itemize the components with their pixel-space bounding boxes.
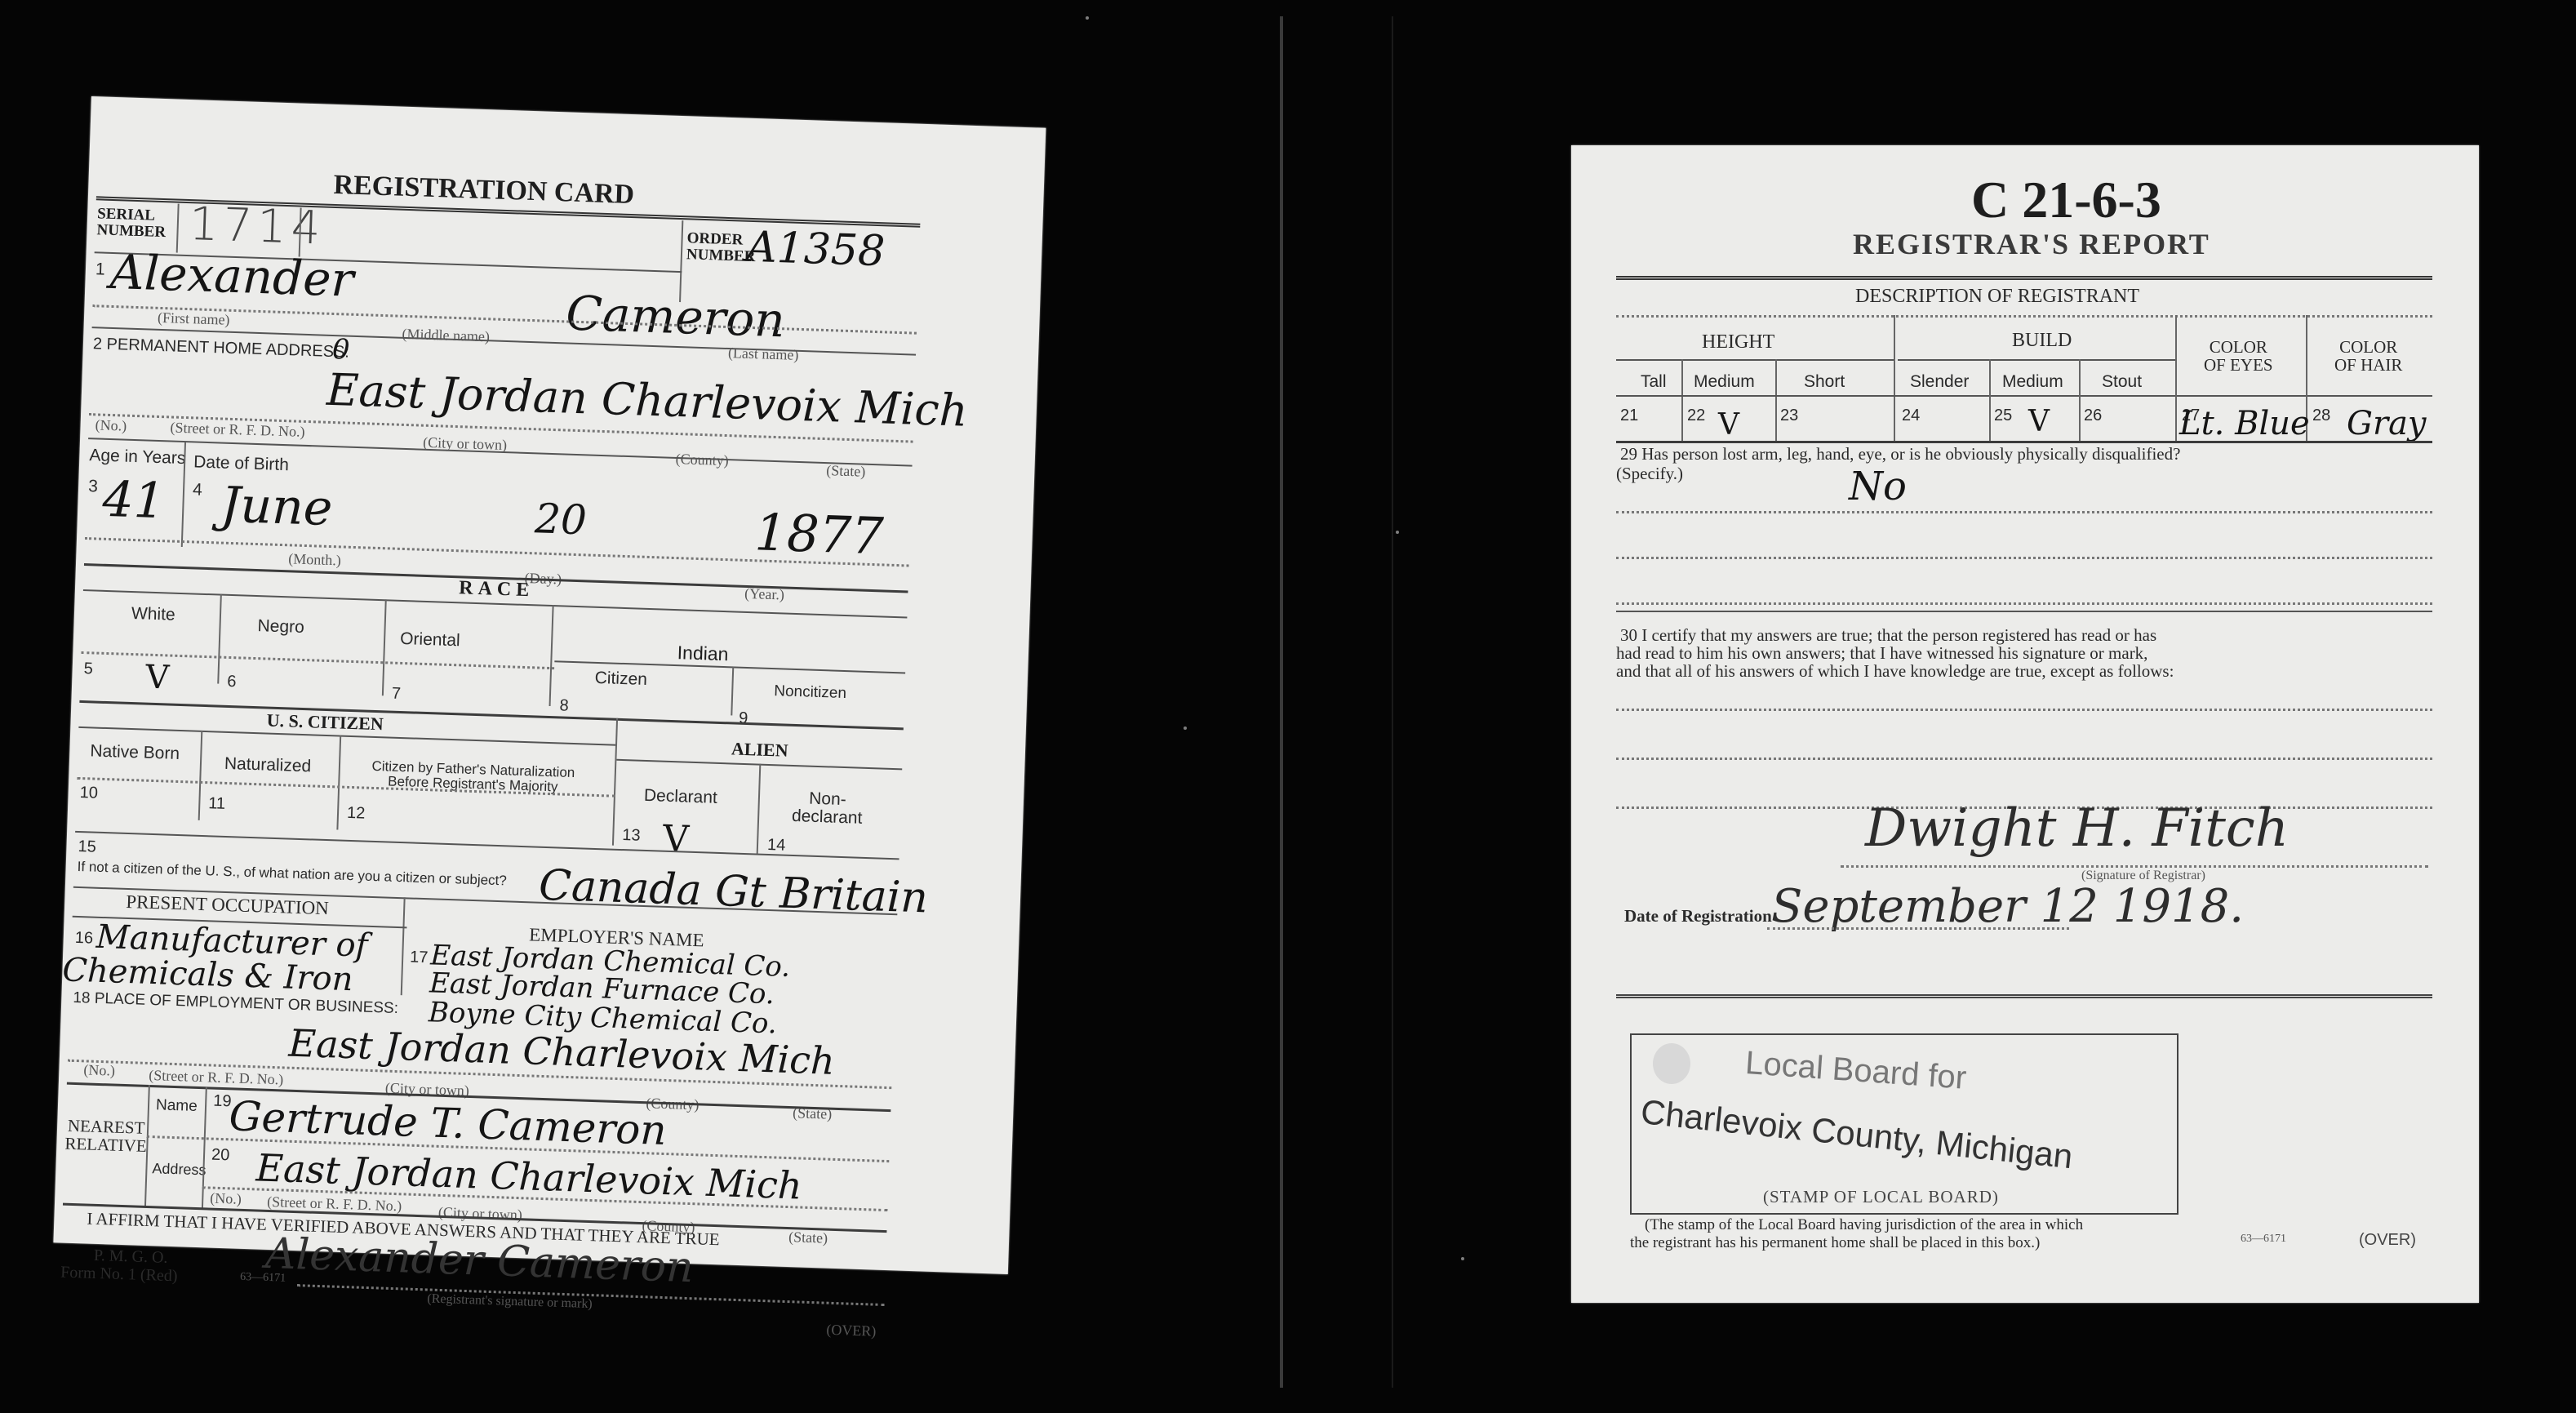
height-sub-rule xyxy=(1616,359,1894,361)
hair-title-line2: OF HAIR xyxy=(2334,356,2402,374)
dob-day-value: 20 xyxy=(534,495,588,544)
first-name-value: Alexander xyxy=(109,244,355,308)
build-slender-num: 24 xyxy=(1902,407,1920,425)
report-over-label: (OVER) xyxy=(2359,1231,2416,1250)
q17-number: 17 xyxy=(410,949,429,968)
q15-number: 15 xyxy=(78,838,96,857)
native-born-num: 10 xyxy=(79,784,98,803)
q29-line-1 xyxy=(1616,511,2432,513)
citizen-col-divider xyxy=(336,735,341,830)
height-title: HEIGHT xyxy=(1702,331,1774,353)
race-negro-num: 6 xyxy=(227,673,237,691)
race-indian-noncitizen-num: 9 xyxy=(739,709,748,728)
height-short-label: Short xyxy=(1804,372,1845,392)
race-col-divider xyxy=(731,666,734,715)
film-scratch-line xyxy=(1392,16,1393,1388)
relative-caption-no: (No.) xyxy=(210,1190,242,1208)
order-number-value: A1358 xyxy=(745,223,886,277)
race-title: RACE xyxy=(459,577,535,602)
native-born-label: Native Born xyxy=(90,741,180,764)
date-of-registration-label: Date of Registration xyxy=(1624,906,1772,926)
eyes-title: COLOR OF EYES xyxy=(2204,338,2273,374)
registrars-report-card: C 21-6-3 REGISTRAR'S REPORT DESCRIPTION … xyxy=(1571,145,2479,1303)
race-white-label: White xyxy=(131,604,175,625)
build-title: BUILD xyxy=(2012,330,2072,352)
build-slender-label: Slender xyxy=(1910,372,1969,392)
relative-caption-state: (State) xyxy=(788,1229,828,1247)
form-number-label: Form No. 1 (Red) xyxy=(60,1264,178,1286)
description-rule xyxy=(1616,315,2432,318)
age-value: 41 xyxy=(101,471,166,530)
eyes-value: Lt. Blue xyxy=(2179,405,2310,442)
build-stout-num: 26 xyxy=(2084,407,2102,425)
citizen-col-divider xyxy=(757,764,762,854)
middle-name-caption: (Middle name) xyxy=(402,326,490,346)
naturalized-num: 11 xyxy=(208,794,226,814)
height-col-divider xyxy=(1681,359,1683,441)
report-code: C 21-6-3 xyxy=(1971,170,2161,230)
stamp-seal-mark xyxy=(1653,1043,1690,1084)
us-citizen-title: U. S. CITIZEN xyxy=(266,710,384,735)
hair-num: 28 xyxy=(2312,407,2330,425)
stamp-footnote-2: the registrant has his permanent home sh… xyxy=(1630,1234,2040,1252)
nondeclarant-label: Non-declarant xyxy=(786,789,868,828)
race-col-divider xyxy=(382,599,387,695)
serial-number-label: SERIAL NUMBER xyxy=(96,206,171,241)
present-occupation-title: PRESENT OCCUPATION xyxy=(126,891,329,919)
last-name-value: Cameron xyxy=(565,285,785,348)
build-medium-label: Medium xyxy=(2002,372,2063,392)
home-address-mark: 0 xyxy=(331,333,350,367)
build-sub-rule xyxy=(1898,359,2175,361)
build-eyes-divider xyxy=(2175,315,2177,441)
citizen-by-father-num: 12 xyxy=(347,804,366,824)
height-tall-label: Tall xyxy=(1641,372,1667,392)
dob-month-value: June xyxy=(220,477,333,537)
race-white-mark: V xyxy=(145,659,170,697)
race-col-divider xyxy=(549,605,554,706)
stamp-top-rule xyxy=(1616,994,2432,998)
height-value-rule xyxy=(1616,395,2432,397)
hair-value: Gray xyxy=(2347,405,2427,442)
address-caption-street: (Street or R. F. D. No.) xyxy=(170,419,305,440)
relative-name-label: Name xyxy=(156,1096,198,1116)
declarant-num: 13 xyxy=(622,826,641,846)
age-number: 3 xyxy=(88,477,98,496)
race-indian-noncitizen-label: Noncitizen xyxy=(774,682,846,703)
q29-line-3 xyxy=(1616,602,2432,605)
report-print-code: 63—6171 xyxy=(2241,1233,2286,1246)
film-speck xyxy=(1461,1257,1464,1260)
build-medium-num: 25 xyxy=(1994,407,2012,425)
q29-question: 29 Has person lost arm, leg, hand, eye, … xyxy=(1620,444,2180,464)
registrar-signature: Dwight H. Fitch xyxy=(1865,798,2289,859)
build-col-divider xyxy=(1989,359,1991,441)
naturalized-label: Naturalized xyxy=(224,754,312,777)
height-medium-label: Medium xyxy=(1694,372,1755,392)
description-bottom-rule xyxy=(1616,441,2432,443)
race-white-num: 5 xyxy=(83,660,93,678)
eyes-title-line1: COLOR xyxy=(2204,338,2273,356)
height-medium-mark: V xyxy=(1718,408,1739,442)
stamp-footnote-1: (The stamp of the Local Board having jur… xyxy=(1645,1216,2083,1234)
citizen-top-rule xyxy=(79,700,904,730)
race-col-divider xyxy=(217,594,222,684)
citizen-col-divider xyxy=(612,718,618,846)
nearest-relative-label: NEAREST RELATIVE xyxy=(64,1117,147,1155)
citizen-col-divider xyxy=(198,731,203,820)
film-speck xyxy=(1396,531,1399,534)
registration-card: REGISTRATION CARD SERIAL NUMBER 1714 ORD… xyxy=(53,96,1046,1274)
q1-number: 1 xyxy=(95,260,105,279)
q16-number: 16 xyxy=(74,929,93,949)
dob-number: 4 xyxy=(193,480,202,500)
height-tall-num: 21 xyxy=(1620,407,1638,425)
q29-line-2 xyxy=(1616,557,2432,559)
build-stout-label: Stout xyxy=(2102,372,2142,392)
race-indian-citizen-num: 8 xyxy=(559,696,569,715)
registrar-signature-line xyxy=(1841,865,2428,868)
over-label: (OVER) xyxy=(826,1322,877,1340)
q29-value: No xyxy=(1849,464,1907,509)
q15-label: If not a citizen of the U. S., of what n… xyxy=(77,859,507,889)
alien-title: ALIEN xyxy=(731,738,788,761)
race-oriental-label: Oriental xyxy=(400,629,460,651)
build-col-divider xyxy=(2079,359,2081,441)
date-line xyxy=(1767,927,2069,930)
stamp-caption: (STAMP OF LOCAL BOARD) xyxy=(1763,1187,1999,1207)
eyes-title-line2: OF EYES xyxy=(2204,356,2273,374)
occupation-divider xyxy=(401,897,406,995)
height-medium-num: 22 xyxy=(1687,407,1705,425)
hair-title-line1: COLOR xyxy=(2334,338,2402,356)
race-negro-label: Negro xyxy=(257,616,304,638)
height-short-num: 23 xyxy=(1780,407,1798,425)
dob-year-value: 1877 xyxy=(754,502,885,566)
report-title-rule xyxy=(1616,276,2432,280)
build-medium-mark: V xyxy=(2028,405,2050,438)
address-caption-no: (No.) xyxy=(95,416,127,434)
relative-address-label: Address xyxy=(152,1160,207,1179)
declarant-mark: V xyxy=(662,818,689,860)
height-build-divider xyxy=(1894,315,1895,441)
hair-title: COLOR OF HAIR xyxy=(2334,338,2402,374)
race-oriental-num: 7 xyxy=(392,685,402,704)
card-title: REGISTRATION CARD xyxy=(333,170,635,211)
q30-line-a xyxy=(1616,709,2432,711)
film-speck xyxy=(1086,16,1089,20)
date-of-registration-value: September 12 1918. xyxy=(1771,880,2244,933)
report-title: REGISTRAR'S REPORT xyxy=(1853,227,2210,261)
declarant-label: Declarant xyxy=(644,786,718,808)
nondeclarant-num: 14 xyxy=(767,836,786,855)
relative-divider-2 xyxy=(202,1086,207,1209)
q30-line-3: and that all of his answers of which I h… xyxy=(1616,661,2174,682)
relative-address-num: 20 xyxy=(211,1146,230,1166)
race-indian-citizen-label: Citizen xyxy=(594,669,647,690)
film-divider-line xyxy=(1280,16,1283,1388)
description-title: DESCRIPTION OF REGISTRANT xyxy=(1855,286,2139,308)
q29-specify: (Specify.) xyxy=(1616,464,1683,484)
home-address-label: 2 PERMANENT HOME ADDRESS: xyxy=(93,335,350,362)
first-name-caption: (First name) xyxy=(158,309,230,329)
employment-caption-no: (No.) xyxy=(83,1061,115,1079)
q30-line-b xyxy=(1616,758,2432,760)
height-col-divider xyxy=(1775,359,1777,441)
age-label: Age in Years xyxy=(89,446,186,469)
film-speck xyxy=(1184,726,1187,730)
dob-label: Date of Birth xyxy=(193,452,289,475)
race-indian-label: Indian xyxy=(677,642,729,665)
q29-bottom-rule xyxy=(1616,611,2432,612)
dob-caption-month: (Month.) xyxy=(288,550,341,569)
